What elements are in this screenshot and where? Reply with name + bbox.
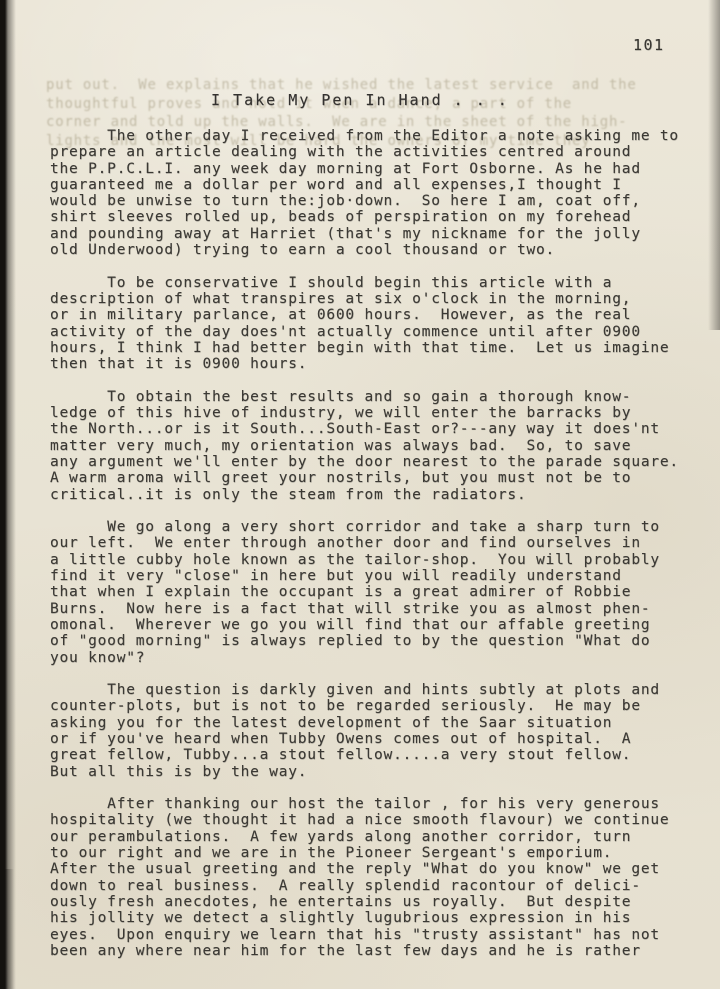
text-line: asking you for the latest development of… — [50, 715, 710, 731]
text-line: to our right and we are in the Pioneer S… — [50, 845, 710, 861]
text-line: But all this is by the way. — [50, 764, 710, 780]
text-line: old Underwood) trying to earn a cool tho… — [50, 242, 710, 258]
text-line: Burns. Now here is a fact that will stri… — [50, 601, 710, 617]
text-line: or if you've heard when Tubby Owens come… — [50, 731, 710, 747]
text-line: description of what transpires at six o'… — [50, 291, 710, 307]
paragraph: The other day I received from the Editor… — [50, 128, 710, 258]
text-line: activity of the day does'nt actually com… — [50, 324, 710, 340]
paragraph: To be conservative I should begin this a… — [50, 275, 710, 373]
text-line: hospitality (we thought it had a nice sm… — [50, 812, 710, 828]
text-line: our perambulations. A few yards along an… — [50, 829, 710, 845]
text-line: A warm aroma will greet your nostrils, b… — [50, 470, 710, 486]
text-line: hours, I think I had better begin with t… — [50, 340, 710, 356]
document-body: The other day I received from the Editor… — [50, 128, 710, 959]
text-line: To obtain the best results and so gain a… — [50, 389, 710, 405]
text-line: find it very "close" in here but you wil… — [50, 568, 710, 584]
text-line: then that it is 0900 hours. — [50, 356, 710, 372]
text-line: of "good morning" is always replied to b… — [50, 633, 710, 649]
text-line: critical..it is only the steam from the … — [50, 487, 710, 503]
text-line: would be unwise to turn the:job·down. So… — [50, 193, 710, 209]
text-line: To be conservative I should begin this a… — [50, 275, 710, 291]
text-line: The question is darkly given and hints s… — [50, 682, 710, 698]
scanned-typescript-page: { "page": { "number": "101", "title": "I… — [0, 0, 720, 989]
text-line: guaranteed me a dollar per word and all … — [50, 177, 710, 193]
text-line: been any where near him for the last few… — [50, 943, 710, 959]
text-line: We go along a very short corridor and ta… — [50, 519, 710, 535]
text-line: a little cubby hole known as the tailor-… — [50, 552, 710, 568]
scan-edge-bottom-left — [0, 869, 14, 989]
text-line: ously fresh anecdotes, he entertains us … — [50, 894, 710, 910]
text-line: our left. We enter through another door … — [50, 535, 710, 551]
text-line: down to real business. A really splendid… — [50, 878, 710, 894]
text-line: or in military parlance, at 0600 hours. … — [50, 307, 710, 323]
text-line: matter very much, my orientation was alw… — [50, 438, 710, 454]
text-line: great fellow, Tubby...a stout fellow....… — [50, 747, 710, 763]
scan-edge-right — [708, 0, 720, 330]
scan-edge-left — [0, 0, 16, 989]
paragraph: The question is darkly given and hints s… — [50, 682, 710, 780]
text-line: eyes. Upon enquiry we learn that his "tr… — [50, 927, 710, 943]
text-line: After thanking our host the tailor , for… — [50, 796, 710, 812]
text-line: any argument we'll enter by the door nea… — [50, 454, 710, 470]
text-line: omonal. Wherever we go you will find tha… — [50, 617, 710, 633]
paragraph: After thanking our host the tailor , for… — [50, 796, 710, 959]
paragraph: We go along a very short corridor and ta… — [50, 519, 710, 666]
text-line: the P.P.C.L.I. any week day morning at F… — [50, 161, 710, 177]
text-line: shirt sleeves rolled up, beads of perspi… — [50, 209, 710, 225]
paragraph: To obtain the best results and so gain a… — [50, 389, 710, 503]
page-title: I Take My Pen In Hand . . . — [211, 91, 509, 109]
text-line: that when I explain the occupant is a gr… — [50, 584, 710, 600]
text-line: After the usual greeting and the reply "… — [50, 861, 710, 877]
text-line: the North...or is it South...South-East … — [50, 421, 710, 437]
text-line: his jollity we detect a slightly lugubri… — [50, 910, 710, 926]
text-line: counter-plots, but is not to be regarded… — [50, 698, 710, 714]
text-line: prepare an article dealing with the acti… — [50, 144, 710, 160]
page-number: 101 — [633, 36, 665, 54]
text-line: you know"? — [50, 650, 710, 666]
text-line: and pounding away at Harriet (that's my … — [50, 226, 710, 242]
text-line: The other day I received from the Editor… — [50, 128, 710, 144]
text-line: ledge of this hive of industry, we will … — [50, 405, 710, 421]
